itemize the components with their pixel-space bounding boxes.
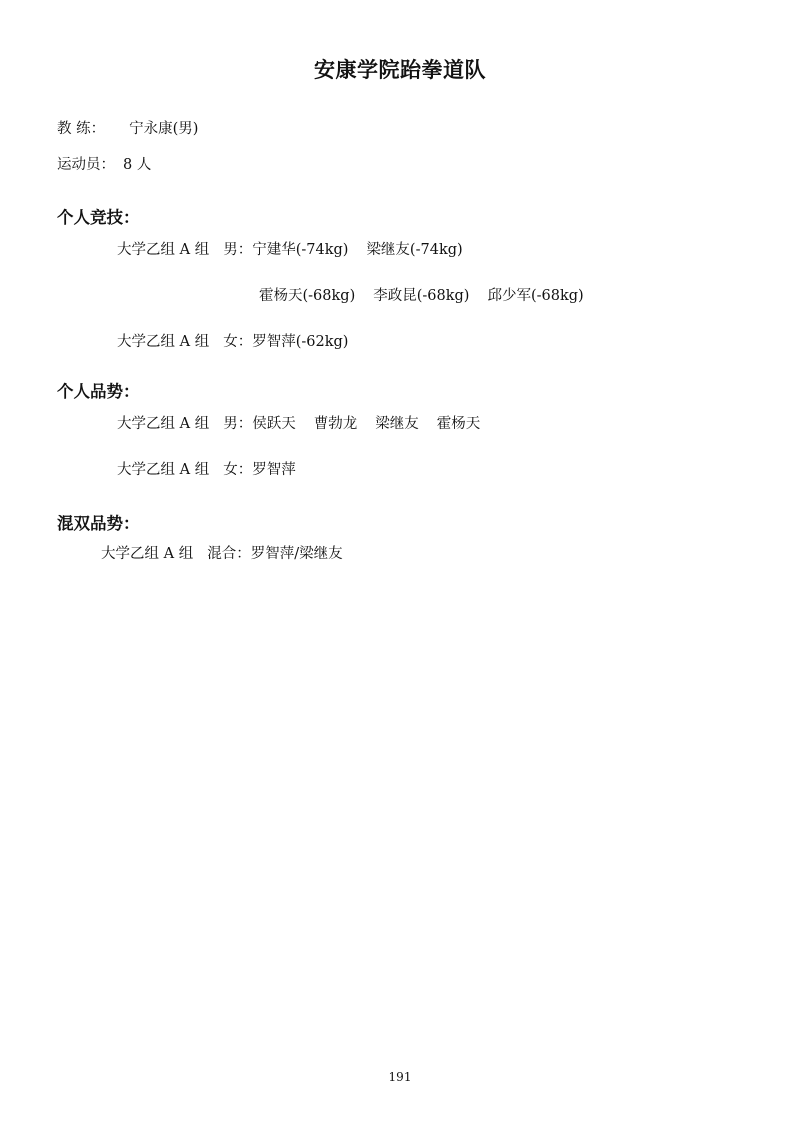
member: 侯跃天 [252,416,296,432]
athletes-value: 8 人 [123,157,151,173]
member: 曹勃龙 [314,416,358,432]
group-label: 大学乙组 A 组 [117,242,209,258]
member: 梁继友(-74kg) [366,242,462,258]
group-label: 大学乙组 A 组 [117,416,209,432]
group-label: 大学乙组 A 组 [101,546,193,562]
member: 宁建华(-74kg) [252,242,348,258]
section-heading-individual-poomsae: 个人品势： [57,378,140,402]
member: 梁继友 [375,416,419,432]
member: 霍杨天 [437,416,481,432]
category-label: 女： [223,334,252,350]
category-label: 男： [223,416,252,432]
category-label: 男： [223,242,252,258]
member: 罗智萍 [252,462,296,478]
member: 罗智萍(-62kg) [252,334,348,350]
roster-row: 大学乙组 A 组女：罗智萍(-62kg) [117,330,348,351]
section-heading-mixed-pair-poomsae: 混双品势： [57,510,140,534]
member: 霍杨天(-68kg) [259,288,355,304]
member: 李政昆(-68kg) [373,288,469,304]
athletes-label: 运动员： [57,157,115,173]
roster-row: 大学乙组 A 组混合：罗智萍/梁继友 [101,542,343,563]
member: 罗智萍/梁继友 [251,546,343,562]
document-title: 安康学院跆拳道队 [0,54,800,84]
roster-row: 霍杨天(-68kg)李政昆(-68kg)邱少军(-68kg) [259,284,584,305]
coach-line: 教 练：宁永康(男) [57,117,198,138]
category-label: 混合： [207,546,251,562]
coach-label: 教 练： [57,121,105,137]
member: 邱少军(-68kg) [487,288,583,304]
coach-value: 宁永康(男) [129,121,198,137]
roster-row: 大学乙组 A 组男：侯跃天曹勃龙梁继友霍杨天 [117,412,480,433]
group-label: 大学乙组 A 组 [117,462,209,478]
athletes-line: 运动员：8 人 [57,153,151,174]
roster-row: 大学乙组 A 组男：宁建华(-74kg)梁继友(-74kg) [117,238,463,259]
category-label: 女： [223,462,252,478]
section-heading-individual-sparring: 个人竞技： [57,204,140,228]
group-label: 大学乙组 A 组 [117,334,209,350]
page-number: 191 [0,1070,800,1084]
roster-row: 大学乙组 A 组女：罗智萍 [117,458,296,479]
